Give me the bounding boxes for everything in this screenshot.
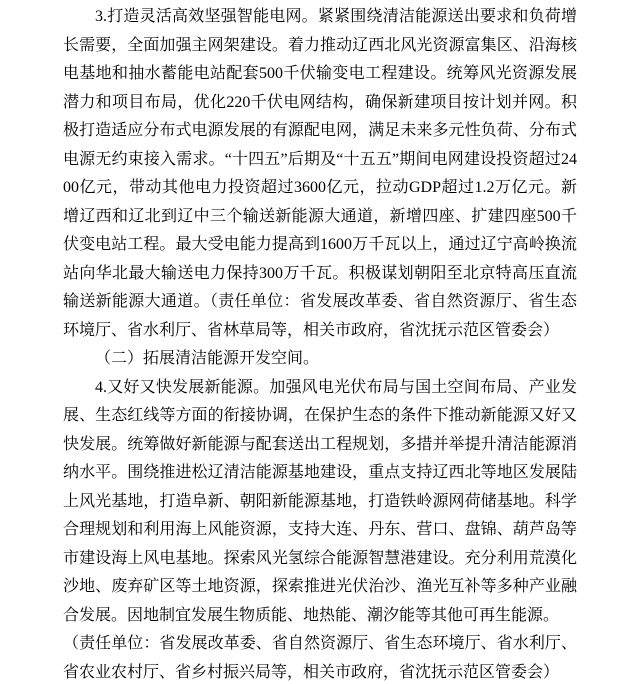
paragraph-smart-grid-item-3: 3.打造灵活高效坚强智能电网。紧紧围绕清洁能源送出要求和负荷增长需要，全面加强主… — [63, 3, 577, 345]
section-heading-clean-energy-space: （二）拓展清洁能源开发空间。 — [63, 345, 577, 374]
paragraph-new-energy-item-4: 4.又好又快发展新能源。加强风电光伏布局与国土空间布局、产业发展、生态红线等方面… — [63, 374, 577, 631]
document-page: 3.打造灵活高效坚强智能电网。紧紧围绕清洁能源送出要求和负荷增长需要，全面加强主… — [0, 0, 640, 684]
paragraph-responsible-units: （责任单位：省发展改革委、省自然资源厅、省生态环境厅、省水利厅、省农业农村厅、省… — [63, 630, 577, 684]
